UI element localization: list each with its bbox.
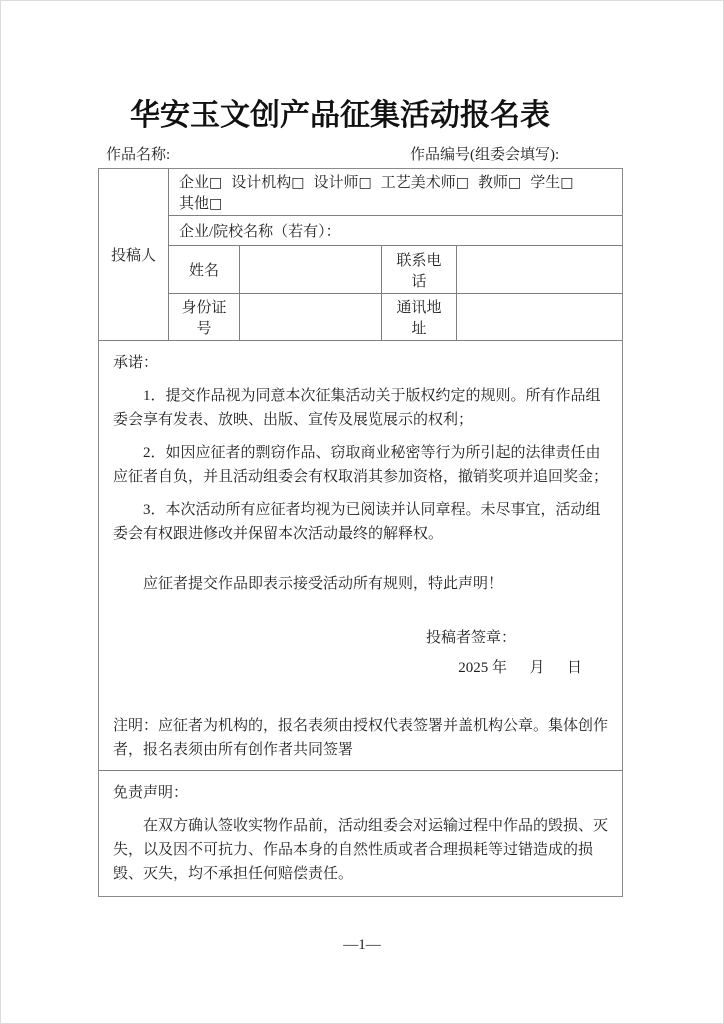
address-input-cell[interactable] [457, 294, 623, 341]
category-checkbox-icon[interactable]: □ [209, 196, 222, 212]
category-checkbox-icon[interactable]: □ [209, 175, 222, 191]
category-label: 学生 [530, 175, 560, 191]
document-page: 华安玉文创产品征集活动报名表 作品名称: 作品编号(组委会填写): 投稿人 企业… [0, 0, 724, 1024]
page-number: —1— [0, 937, 724, 954]
category-option: 企业□ [179, 175, 222, 191]
category-option: 其他□ [179, 196, 222, 212]
address-label: 通讯地址 [382, 294, 457, 341]
category-option: 学生□ [530, 175, 573, 191]
category-option: 教师□ [478, 175, 521, 191]
category-label: 教师 [478, 175, 508, 191]
header-fields: 作品名称: 作品编号(组委会填写): [98, 143, 622, 164]
phone-label: 联系电话 [382, 246, 457, 294]
category-row: 企业□设计机构□设计师□工艺美术师□教师□学生□其他□ [169, 169, 623, 216]
category-option: 工艺美术师□ [381, 175, 469, 191]
signature-label[interactable]: 投稿者签章： [113, 626, 608, 650]
org-name-cell[interactable]: 企业/院校名称（若有）： [169, 216, 623, 246]
org-name-label: 企业/院校名称（若有）： [179, 224, 341, 240]
date-line[interactable]: 2025 年 月 日 [113, 656, 608, 680]
category-checkbox-icon[interactable]: □ [456, 175, 469, 191]
category-label: 企业 [179, 175, 209, 191]
category-checkbox-icon[interactable]: □ [359, 175, 372, 191]
commitment-heading: 承诺： [113, 351, 608, 375]
page-title: 华安玉文创产品征集活动报名表 [78, 90, 602, 134]
registration-form-table: 投稿人 企业□设计机构□设计师□工艺美术师□教师□学生□其他□ 企业/院校名称（… [98, 168, 623, 897]
commitment-cell: 承诺： 1．提交作品视为同意本次征集活动关于版权约定的规则。所有作品组委会享有发… [99, 341, 623, 771]
note-text: 注明：应征者为机构的，报名表须由授权代表签署并盖机构公章。集体创作者，报名表须由… [113, 714, 608, 762]
category-label: 设计机构 [231, 175, 291, 191]
work-name-label: 作品名称: [98, 143, 170, 164]
commitment-item-2: 2．如因应征者的剽窃作品、窃取商业秘密等行为所引起的法律责任由应征者自负，并且活… [113, 441, 608, 489]
category-label: 设计师 [314, 175, 359, 191]
id-number-label: 身份证号 [169, 294, 240, 341]
category-checkbox-icon[interactable]: □ [508, 175, 521, 191]
category-option: 设计机构□ [231, 175, 304, 191]
id-number-input-cell[interactable] [240, 294, 382, 341]
submitter-row-label: 投稿人 [99, 169, 169, 341]
commitment-item-3: 3．本次活动所有应征者均视为已阅读并认同章程。未尽事宜，活动组委会有权跟进修改并… [113, 498, 608, 546]
name-label: 姓名 [169, 246, 240, 294]
phone-input-cell[interactable] [457, 246, 623, 294]
commitment-item-1: 1．提交作品视为同意本次征集活动关于版权约定的规则。所有作品组委会享有发表、放映… [113, 384, 608, 432]
name-input-cell[interactable] [240, 246, 382, 294]
disclaimer-body: 在双方确认签收实物作品前，活动组委会对运输过程中作品的毁损、灭失，以及因不可抗力… [113, 814, 608, 886]
category-checkbox-icon[interactable]: □ [560, 175, 573, 191]
category-checkbox-icon[interactable]: □ [291, 175, 304, 191]
disclaimer-heading: 免责声明： [113, 781, 608, 805]
disclaimer-cell: 免责声明： 在双方确认签收实物作品前，活动组委会对运输过程中作品的毁损、灭失，以… [99, 771, 623, 897]
category-label: 工艺美术师 [381, 175, 456, 191]
category-label: 其他 [179, 196, 209, 212]
category-option: 设计师□ [314, 175, 372, 191]
declaration-text: 应征者提交作品即表示接受活动所有规则，特此声明！ [113, 572, 608, 596]
work-number-label: 作品编号(组委会填写): [410, 143, 559, 164]
